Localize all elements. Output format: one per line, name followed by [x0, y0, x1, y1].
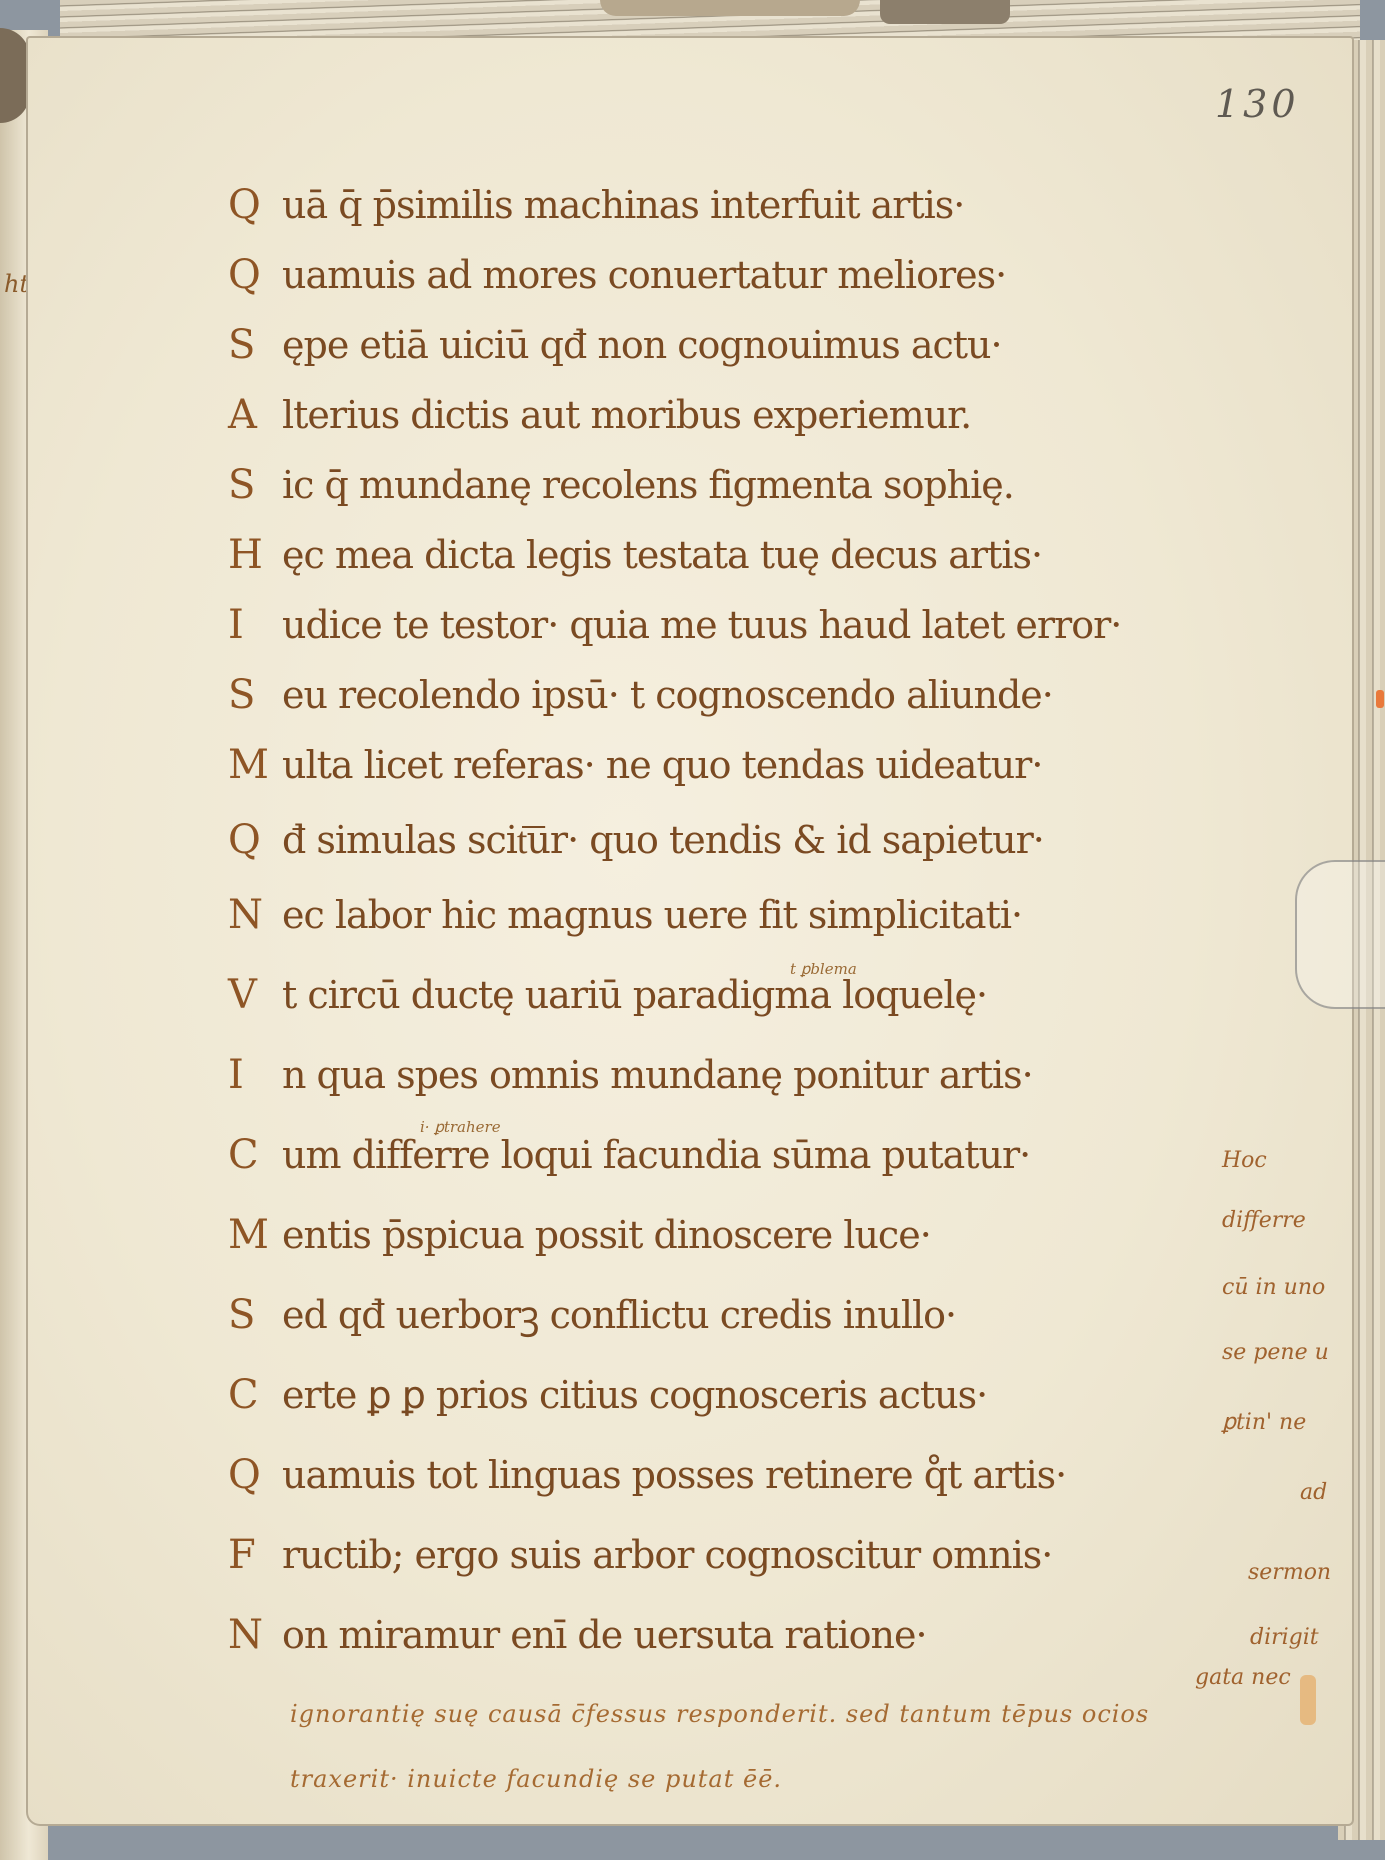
verse-line: In qua spes omnis mundanę ponitur artis· [228, 1045, 1033, 1105]
verse-text: um differre loqui facundia sūma putatur· [282, 1133, 1030, 1177]
verse-text: erte ꝑ ꝑ prios citius cognosceris actus· [282, 1373, 987, 1417]
verse-initial: I [228, 1045, 282, 1105]
verse-line: Hęc mea dicta legis testata tuę decus ar… [228, 525, 1042, 585]
interlinear-gloss: i· ꝑtrahere [420, 1118, 501, 1136]
verse-initial: S [228, 315, 282, 375]
verse-line: Sępe etiā uiciū qđ non cognouimus actu· [228, 315, 1002, 375]
verse-line: Non miramur enī de uersuta ratione· [228, 1605, 927, 1665]
margin-gloss: differre [1222, 1208, 1306, 1233]
verse-text: entis p̄spicua possit dinoscere luce· [282, 1213, 931, 1257]
verse-text: on miramur enī de uersuta ratione· [282, 1613, 927, 1657]
verse-line: Sic q̄ mundanę recolens figmenta sophię. [228, 455, 1014, 515]
verse-initial: M [228, 735, 282, 795]
margin-gloss: gata nec [1195, 1665, 1291, 1690]
verse-text: ed qđ uerborꝫ conflictu credis inullo· [282, 1293, 956, 1337]
verse-text: ulta licet referas· ne quo tendas uideat… [282, 743, 1042, 787]
verse-text: uamuis tot linguas posses retinere q̊t a… [282, 1453, 1066, 1497]
verse-initial: F [228, 1525, 282, 1585]
margin-gloss: ad [1300, 1480, 1327, 1505]
verse-initial: H [228, 525, 282, 585]
verse-line: Quā q̄ p̄similis machinas interfuit arti… [228, 175, 964, 235]
verse-initial: Q [228, 810, 282, 870]
verse-text: t circū ductę uariū paradigma loquelę· [282, 973, 987, 1017]
verse-line: Quamuis ad mores conuertatur meliores· [228, 245, 1006, 305]
page-tab-marker [1295, 860, 1385, 1009]
verse-text: ępe etiā uiciū qđ non cognouimus actu· [282, 323, 1002, 367]
bottom-gloss-line: ignorantię suę causā c̄fessus responderi… [290, 1700, 1149, 1728]
verse-initial: V [228, 965, 282, 1025]
verse-initial: I [228, 595, 282, 655]
verse-initial: M [228, 1205, 282, 1265]
verse-initial: S [228, 1285, 282, 1345]
verse-initial: C [228, 1125, 282, 1185]
verse-line: Quamuis tot linguas posses retinere q̊t … [228, 1445, 1066, 1505]
verse-line: Nec labor hic magnus uere fit simplicita… [228, 885, 1022, 945]
verse-text: lterius dictis aut moribus experiemur. [282, 393, 971, 437]
ink-stain [1300, 1675, 1316, 1725]
verse-line: Multa licet referas· ne quo tendas uidea… [228, 735, 1042, 795]
binding-fragment [880, 0, 1010, 24]
verse-initial: Q [228, 245, 282, 305]
interlinear-gloss: t ꝑblema [790, 960, 857, 978]
verse-text: uamuis ad mores conuertatur meliores· [282, 253, 1006, 297]
verse-line: Qđ simulas scit͞ur· quo tendis & id sapi… [228, 810, 1044, 870]
verse-line: Vt circū ductę uariū paradigma loquelę· [228, 965, 987, 1025]
verse-text: uā q̄ p̄similis machinas interfuit artis… [282, 183, 964, 227]
verse-text: n qua spes omnis mundanę ponitur artis· [282, 1053, 1033, 1097]
margin-gloss: se pene u [1222, 1340, 1329, 1365]
bottom-gloss-line: traxerit· inuicte facundię se putat ēē. [290, 1765, 782, 1793]
verse-line: Certe ꝑ ꝑ prios citius cognosceris actus… [228, 1365, 987, 1425]
verse-initial: A [228, 385, 282, 445]
ink-stain [1376, 690, 1384, 708]
margin-gloss: sermon [1248, 1560, 1331, 1585]
verse-text: eu recolendo ipsū· t cognoscendo aliunde… [282, 673, 1053, 717]
folio-number: 130 [1215, 82, 1300, 126]
verse-line: Seu recolendo ipsū· t cognoscendo aliund… [228, 665, 1053, 725]
verse-initial: S [228, 455, 282, 515]
verse-line: Fructib; ergo suis arbor cognoscitur omn… [228, 1525, 1052, 1585]
verse-text: ęc mea dicta legis testata tuę decus art… [282, 533, 1042, 577]
verse-initial: Q [228, 175, 282, 235]
verse-line: Alterius dictis aut moribus experiemur. [228, 385, 971, 445]
verse-initial: Q [228, 1445, 282, 1505]
verse-line: Sed qđ uerborꝫ conflictu credis inullo· [228, 1285, 956, 1345]
binding-fragment [600, 0, 860, 16]
verse-text: đ simulas scit͞ur· quo tendis & id sapie… [282, 818, 1044, 862]
margin-gloss: Hoc [1222, 1148, 1267, 1173]
verse-initial: N [228, 1605, 282, 1665]
verse-initial: S [228, 665, 282, 725]
verse-text: ec labor hic magnus uere fit simplicitat… [282, 893, 1022, 937]
verse-line: Mentis p̄spicua possit dinoscere luce· [228, 1205, 931, 1265]
verse-text: ructib; ergo suis arbor cognoscitur omni… [282, 1533, 1052, 1577]
margin-gloss: ꝑtin' ne [1222, 1410, 1306, 1435]
verse-text: ic q̄ mundanę recolens figmenta sophię. [282, 463, 1014, 507]
margin-gloss: dirigit [1250, 1625, 1319, 1650]
verse-line: Iudice te testor· quia me tuus haud late… [228, 595, 1121, 655]
verse-initial: C [228, 1365, 282, 1425]
verse-initial: N [228, 885, 282, 945]
verse-text: udice te testor· quia me tuus haud latet… [282, 603, 1121, 647]
verse-line: Cum differre loqui facundia sūma putatur… [228, 1125, 1030, 1185]
margin-gloss: cū in uno [1222, 1275, 1325, 1300]
